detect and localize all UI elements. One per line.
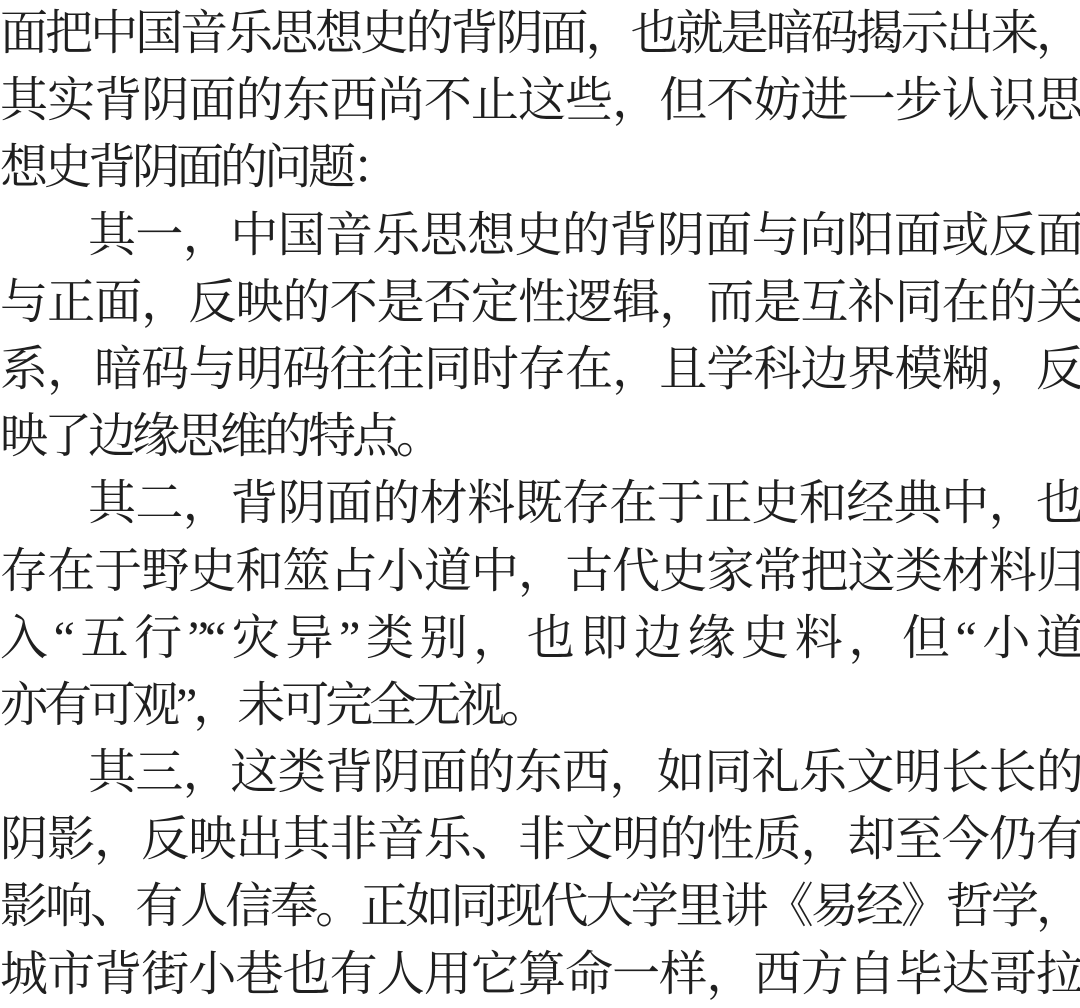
text-line: 想史背阴面的问题：: [0, 134, 1080, 201]
text-line: 存在于野史和筮占小道中，古代史家常把这类材料归: [0, 538, 1080, 605]
text-line: 映了边缘思维的特点。: [0, 403, 1080, 470]
text-line: 其实背阴面的东西尚不止这些，但不妨进一步认识思: [0, 67, 1080, 134]
text-line: 其一，中国音乐思想史的背阴面与向阳面或反面: [0, 202, 1080, 269]
text-line: 亦有可观”，未可完全无视。: [0, 672, 1080, 739]
text-line: 阴影，反映出其非音乐、非文明的性质，却至今仍有: [0, 806, 1080, 873]
book-page: 面把中国音乐思想史的背阴面，也就是暗码揭示出来， 其实背阴面的东西尚不止这些，但…: [0, 0, 1080, 1008]
text-line: 面把中国音乐思想史的背阴面，也就是暗码揭示出来，: [0, 0, 1080, 67]
text-line: 影响、有人信奉。正如同现代大学里讲《易经》哲学，: [0, 873, 1080, 940]
text-line: 其三，这类背阴面的东西，如同礼乐文明长长的: [0, 739, 1080, 806]
text-line: 城市背街小巷也有人用它算命一样，西方自毕达哥拉: [0, 941, 1080, 1008]
text-line: 其二，背阴面的材料既存在于正史和经典中，也: [0, 470, 1080, 537]
text-line: 与正面，反映的不是否定性逻辑，而是互补同在的关: [0, 269, 1080, 336]
text-line: 系，暗码与明码往往同时存在，且学科边界模糊，反: [0, 336, 1080, 403]
text-line: 入“五行”“灾异”类别，也即边缘史料，但“小道: [0, 605, 1080, 672]
